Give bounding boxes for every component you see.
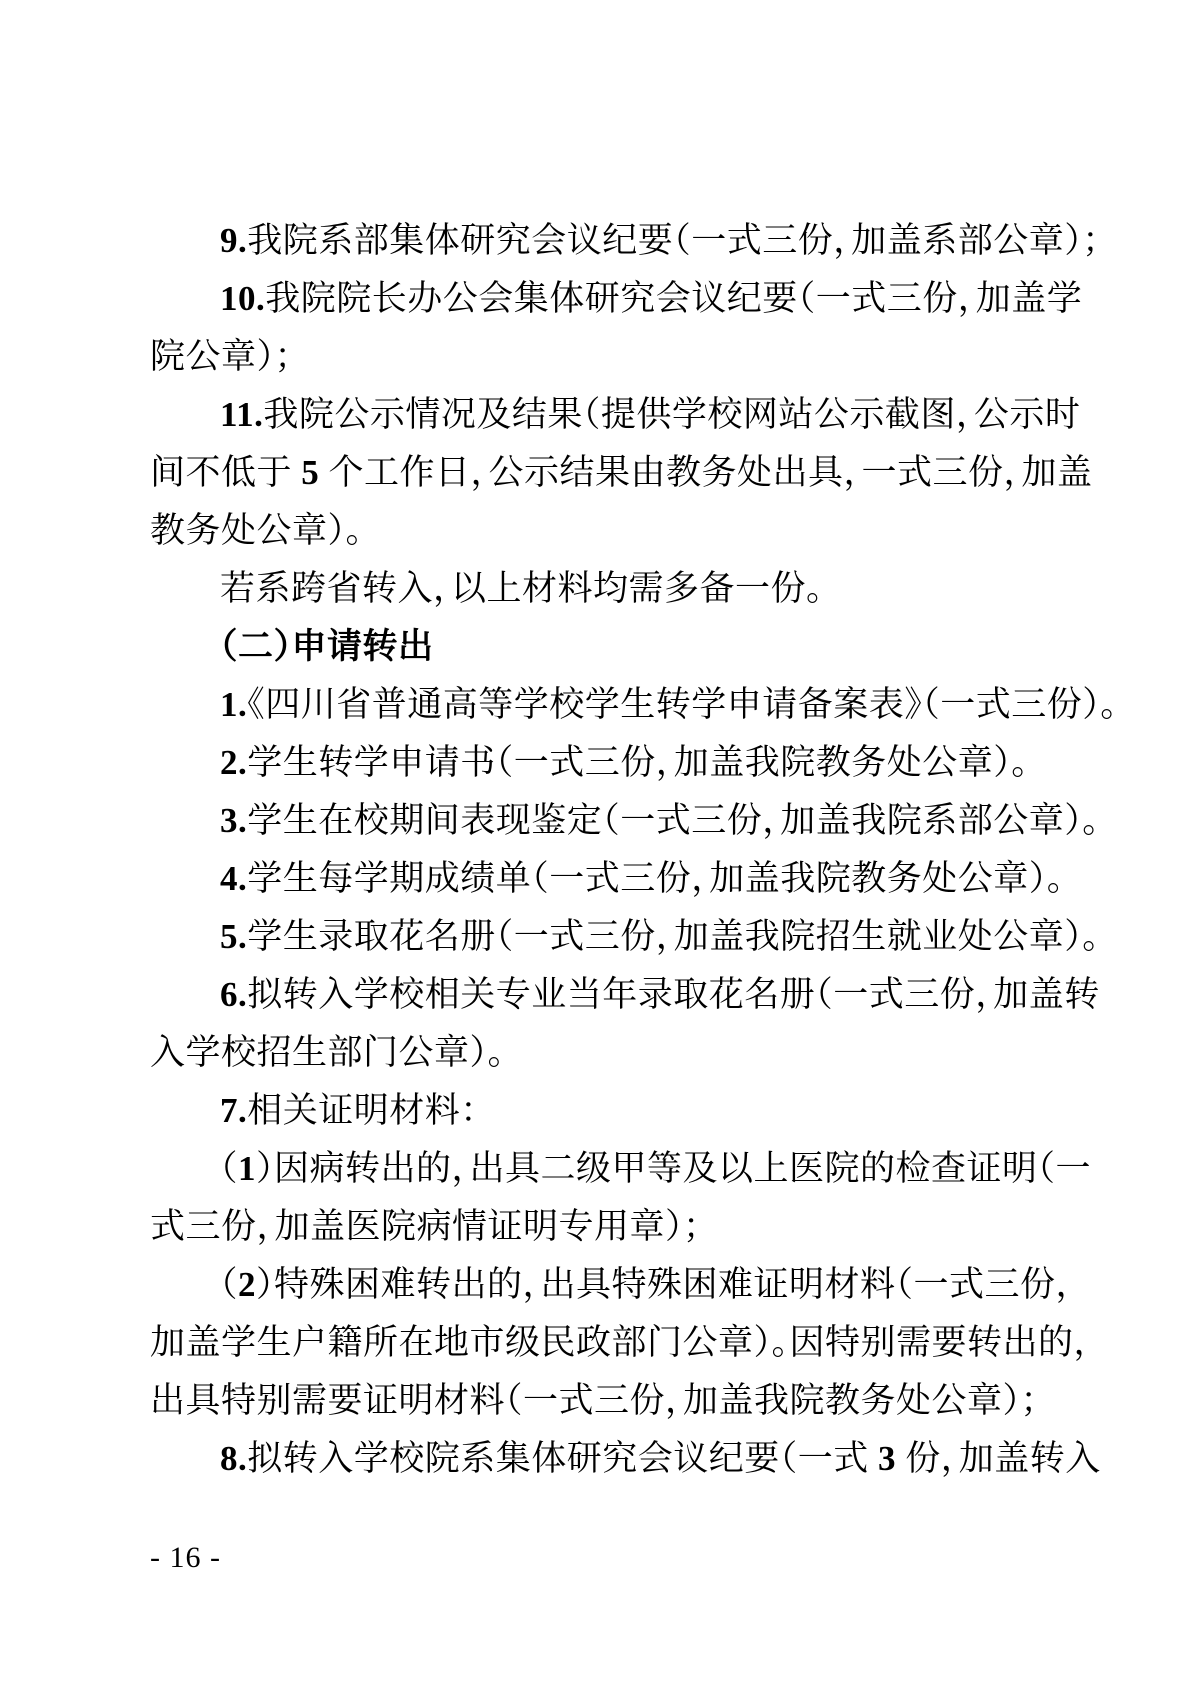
text-line: 11.我院公示情况及结果（提供学校网站公示截图，公示时 [150, 386, 1055, 444]
text-line: （2）特殊困难转出的，出具特殊困难证明材料（一式三份， [150, 1256, 1055, 1314]
text-line: 出具特别需要证明材料（一式三份，加盖我院教务处公章）； [150, 1372, 1055, 1430]
document-page: 9.我院系部集体研究会议纪要（一式三份，加盖系部公章）；10.我院院长办公会集体… [0, 0, 1191, 1684]
text-line: 4.学生每学期成绩单（一式三份，加盖我院教务处公章）。 [150, 850, 1055, 908]
text-line: （1）因病转出的，出具二级甲等及以上医院的检查证明（一 [150, 1140, 1055, 1198]
text-line: 入学校招生部门公章）。 [150, 1024, 1055, 1082]
text-line: 院公章）； [150, 328, 1055, 386]
text-line: 式三份，加盖医院病情证明专用章）； [150, 1198, 1055, 1256]
text-line: 3.学生在校期间表现鉴定（一式三份，加盖我院系部公章）。 [150, 792, 1055, 850]
text-line: 间不低于 5 个工作日，公示结果由教务处出具，一式三份，加盖 [150, 444, 1055, 502]
text-line: 7.相关证明材料： [150, 1082, 1055, 1140]
text-line: 1.《四川省普通高等学校学生转学申请备案表》（一式三份）。 [150, 676, 1055, 734]
text-line: 9.我院系部集体研究会议纪要（一式三份，加盖系部公章）； [150, 212, 1055, 270]
document-body: 9.我院系部集体研究会议纪要（一式三份，加盖系部公章）；10.我院院长办公会集体… [150, 212, 1055, 1488]
text-line: 教务处公章）。 [150, 502, 1055, 560]
text-line: 6.拟转入学校相关专业当年录取花名册（一式三份，加盖转 [150, 966, 1055, 1024]
text-line: 若系跨省转入，以上材料均需多备一份。 [150, 560, 1055, 618]
text-line: 加盖学生户籍所在地市级民政部门公章）。因特别需要转出的， [150, 1314, 1055, 1372]
page-number: - 16 - [150, 1538, 221, 1578]
text-line: 10.我院院长办公会集体研究会议纪要（一式三份，加盖学 [150, 270, 1055, 328]
text-line: 5.学生录取花名册（一式三份，加盖我院招生就业处公章）。 [150, 908, 1055, 966]
text-line: 8.拟转入学校院系集体研究会议纪要（一式 3 份，加盖转入 [150, 1430, 1055, 1488]
text-line: （二）申请转出 [150, 618, 1055, 676]
text-line: 2.学生转学申请书（一式三份，加盖我院教务处公章）。 [150, 734, 1055, 792]
